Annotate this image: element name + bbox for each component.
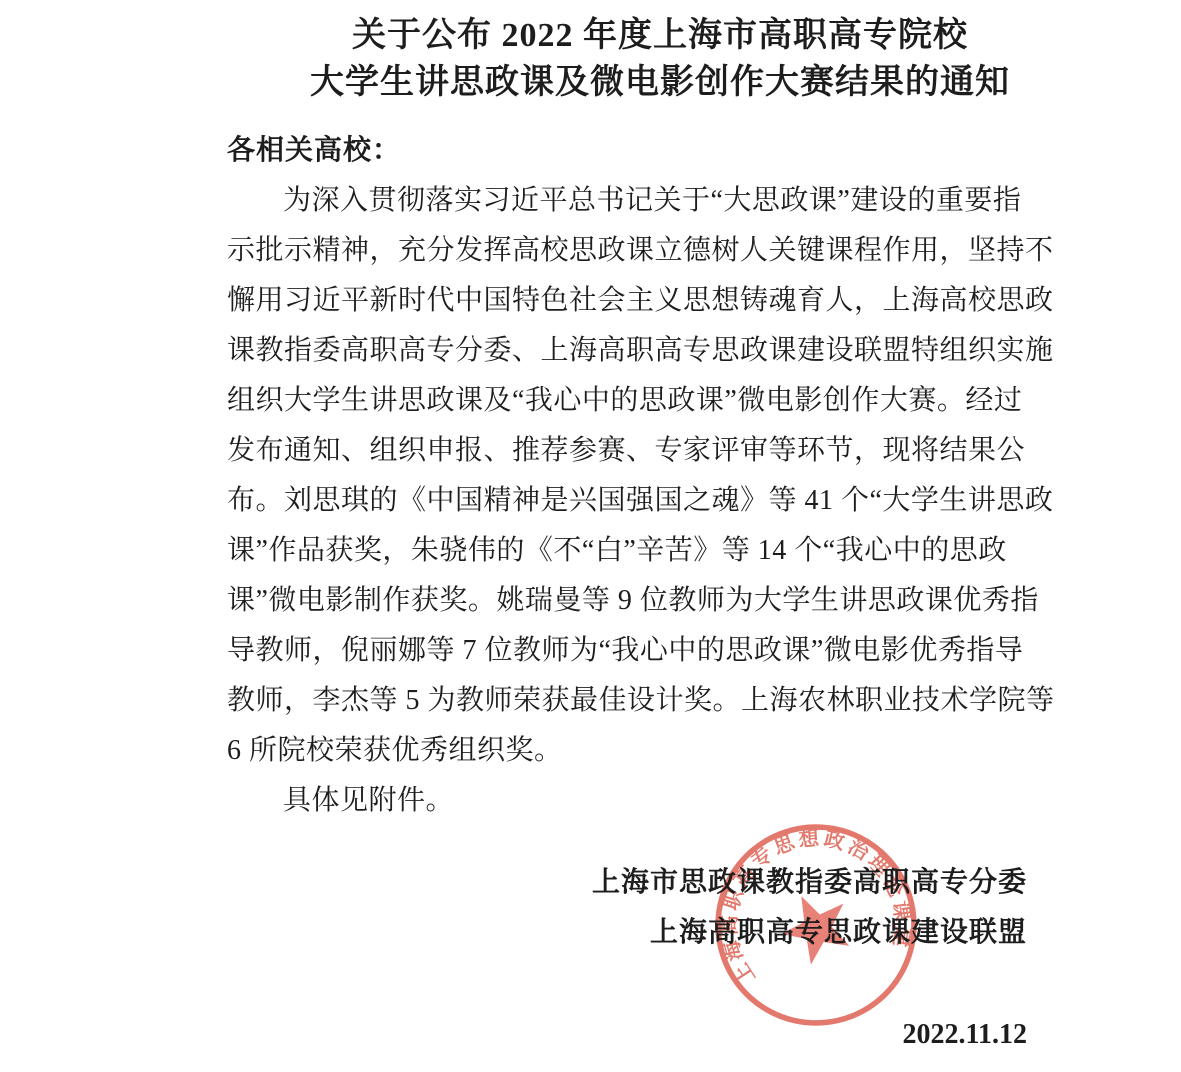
body-line: 教师，李杰等 5 为教师荣获最佳设计奖。上海农林职业技术学院等 <box>227 676 1037 726</box>
document-date: 2022.11.12 <box>227 1010 1037 1060</box>
document-title: 关于公布 2022 年度上海市高职高专院校 大学生讲思政课及微电影创作大赛结果的… <box>250 12 1070 106</box>
body-line: 示批示精神，充分发挥高校思政课立德树人关键课程作用，坚持不 <box>227 226 1037 276</box>
body-line: 课”作品获奖，朱骁伟的《不“白”辛苦》等 14 个“我心中的思政 <box>227 526 1037 576</box>
body-line: 懈用习近平新时代中国特色社会主义思想铸魂育人，上海高校思政 <box>227 276 1037 326</box>
title-line-1: 关于公布 2022 年度上海市高职高专院校 <box>250 12 1070 59</box>
body-line: 课”微电影制作获奖。姚瑞曼等 9 位教师为大学生讲思政课优秀指 <box>227 576 1037 626</box>
signature-line-2: 上海高职高专思政课建设联盟 <box>227 908 1027 958</box>
body-line: 发布通知、组织申报、推荐参赛、专家评审等环节，现将结果公 <box>227 426 1037 476</box>
body-line: 导教师，倪丽娜等 7 位教师为“我心中的思政课”微电影优秀指导 <box>227 626 1037 676</box>
notice-document-page: 关于公布 2022 年度上海市高职高专院校 大学生讲思政课及微电影创作大赛结果的… <box>0 0 1181 1072</box>
title-line-2: 大学生讲思政课及微电影创作大赛结果的通知 <box>250 59 1070 106</box>
body-line: 6 所院校荣获优秀组织奖。 <box>227 726 1037 776</box>
signature-block: 上海市思政课教指委高职高专分委 上海高职高专思政课建设联盟 <box>227 858 1037 958</box>
signature-line-1: 上海市思政课教指委高职高专分委 <box>227 858 1027 908</box>
body-line: 布。刘思琪的《中国精神是兴国强国之魂》等 41 个“大学生讲思政 <box>227 476 1037 526</box>
body-line: 组织大学生讲思政课及“我心中的思政课”微电影创作大赛。经过 <box>227 376 1037 426</box>
closing-line: 具体见附件。 <box>227 776 1037 826</box>
document-body: 各相关高校： 为深入贯彻落实习近平总书记关于“大思政课”建设的重要指 示批示精神… <box>227 126 1037 1060</box>
salutation: 各相关高校： <box>227 126 1037 176</box>
body-line: 课教指委高职高专分委、上海高职高专思政课建设联盟特组织实施 <box>227 326 1037 376</box>
body-line: 为深入贯彻落实习近平总书记关于“大思政课”建设的重要指 <box>227 176 1037 226</box>
